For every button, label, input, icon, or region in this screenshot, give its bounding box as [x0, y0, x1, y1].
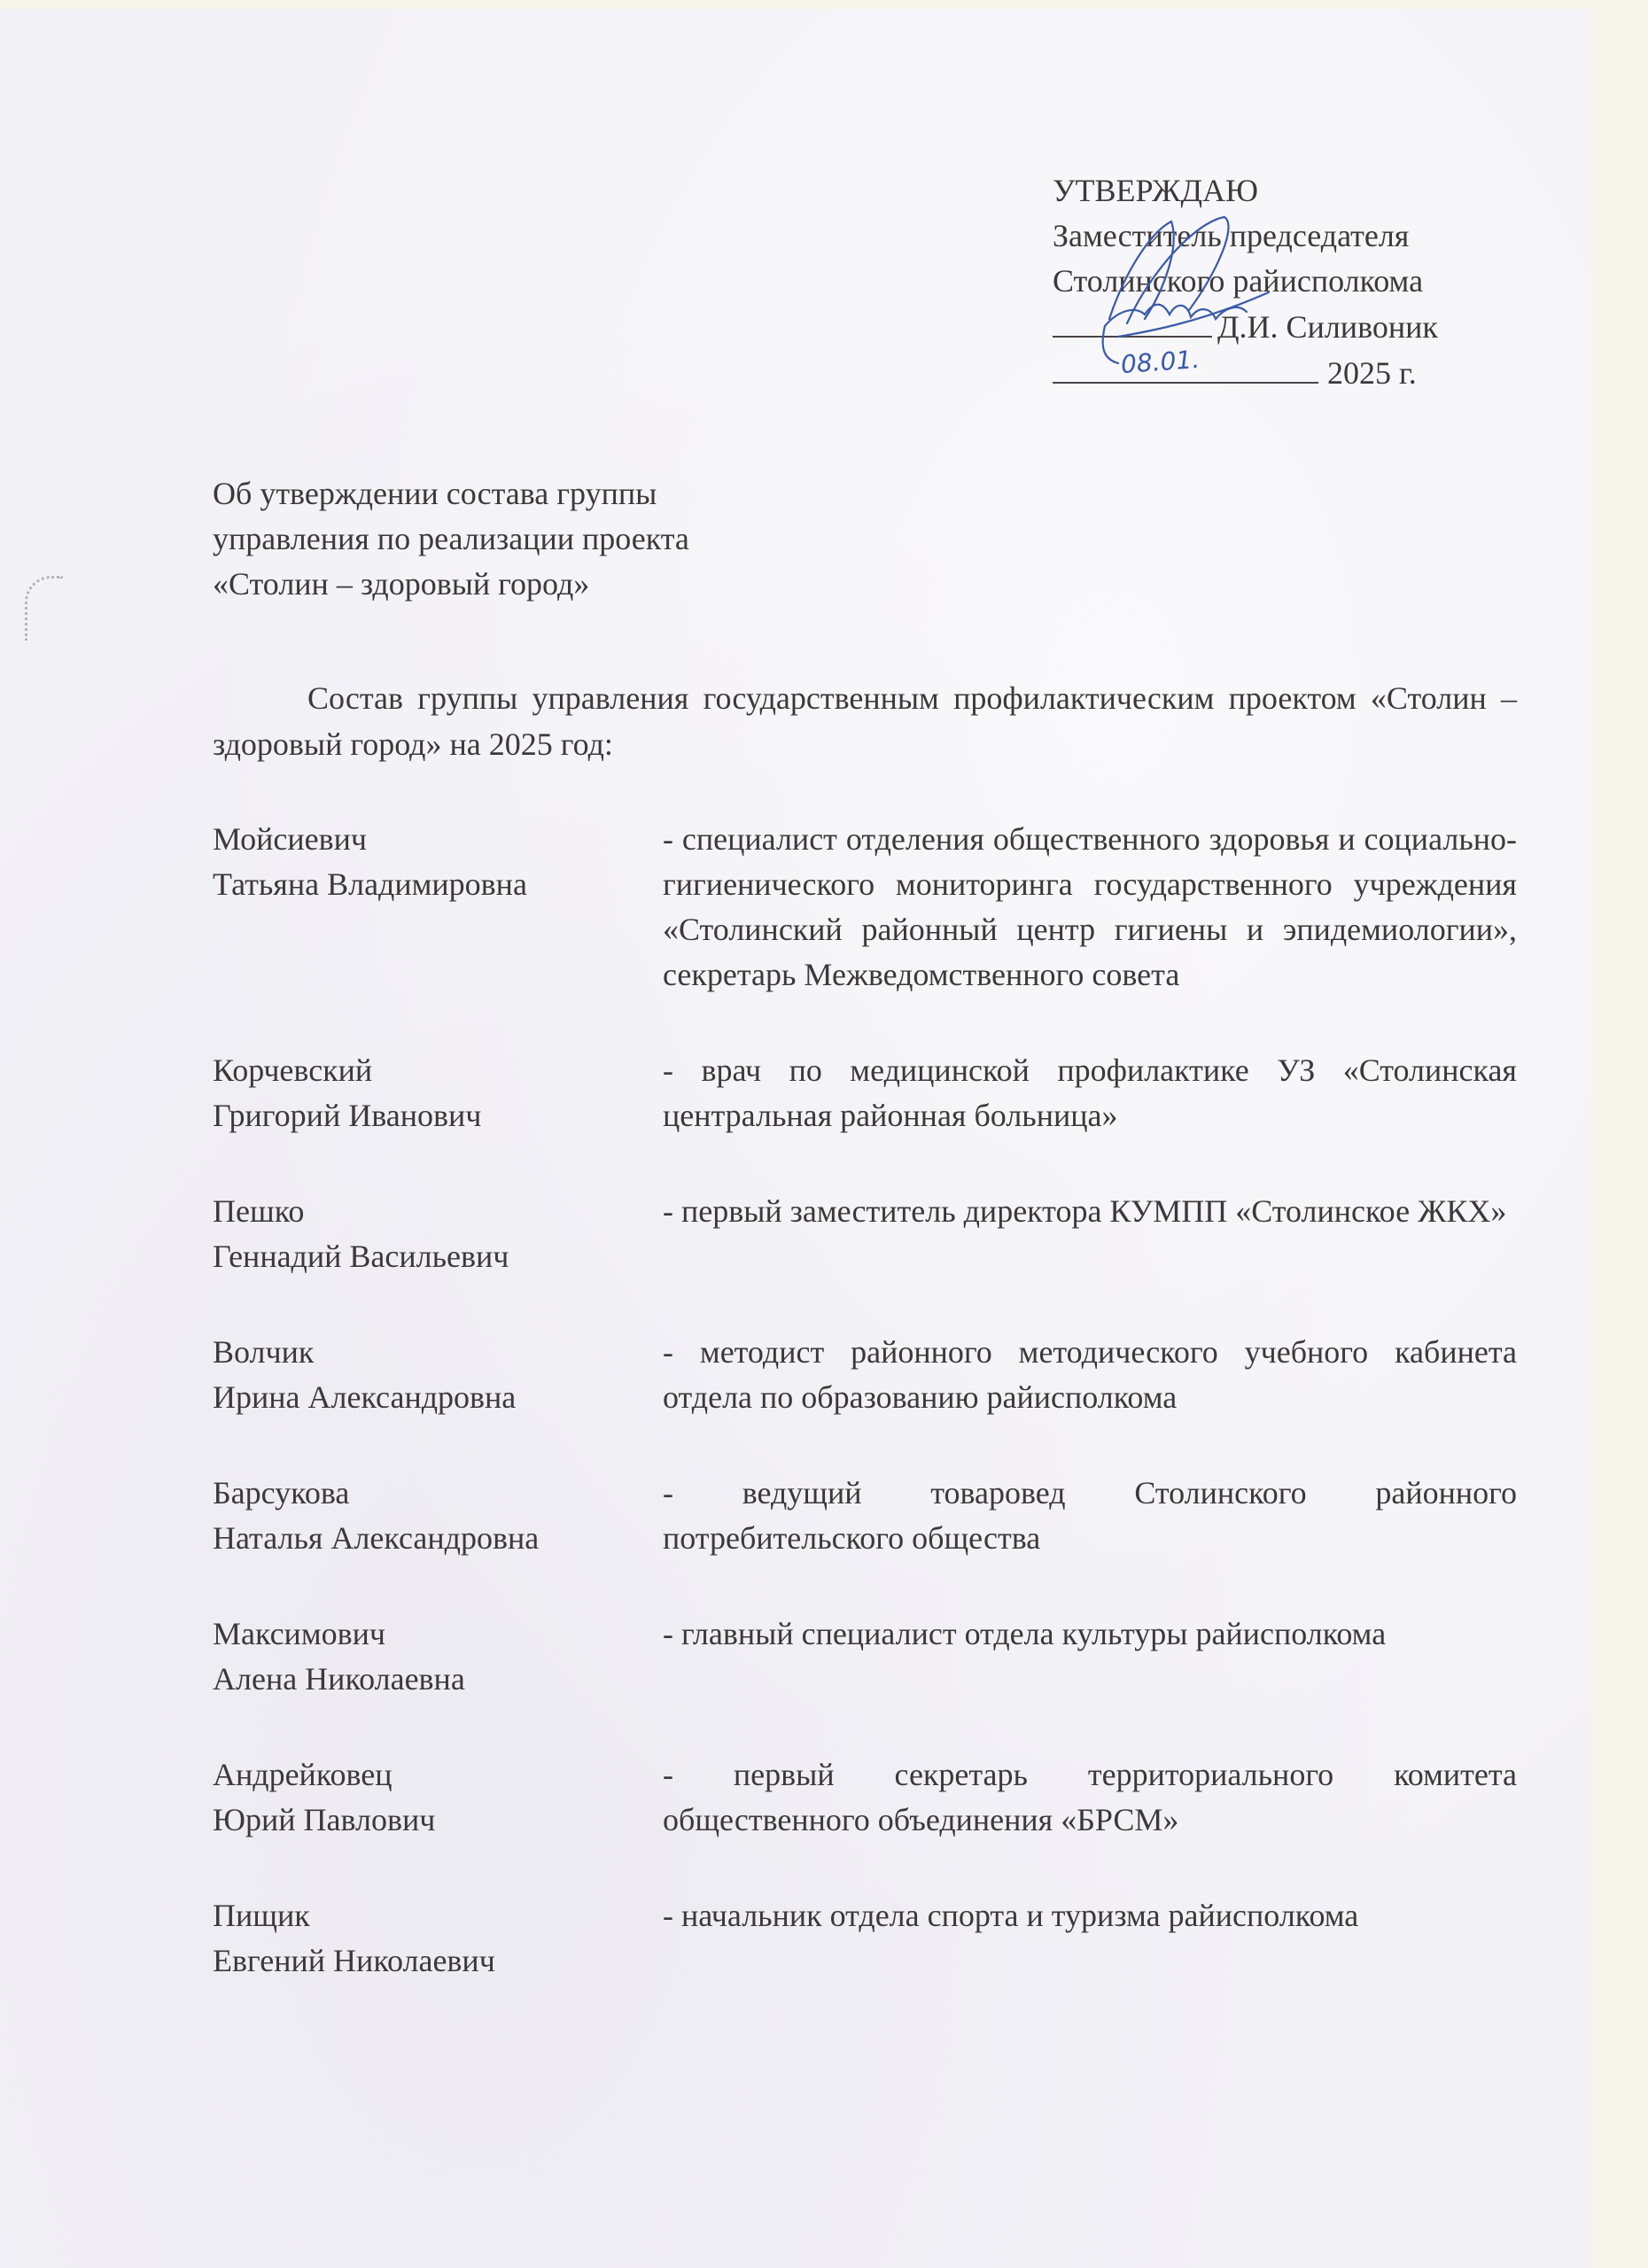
title-line1: Об утверждении состава группы [213, 471, 689, 517]
member-role: - ведущий товаровед Столинского районног… [663, 1471, 1517, 1561]
member-given-name: Юрий Павлович [213, 1798, 663, 1843]
member-role: - врач по медицинской профилактике УЗ «С… [663, 1048, 1517, 1138]
member-surname: Барсукова [213, 1471, 663, 1516]
signature-blank [1053, 304, 1212, 338]
margin-mark [25, 576, 63, 641]
approval-heading: УТВЕРЖДАЮ [1053, 168, 1513, 214]
intro-paragraph: Состав группы управления государственным… [213, 675, 1517, 767]
member-given-name: Алена Николаевна [213, 1657, 663, 1702]
document-title: Об утверждении состава группы управления… [213, 471, 689, 607]
member-surname: Мойсиевич [213, 817, 663, 862]
member-entry: Мойсиевич Татьяна Владимировна - специал… [213, 817, 1517, 998]
member-role: - начальник отдела спорта и туризма райи… [663, 1893, 1517, 1984]
member-name: Андрейковец Юрий Павлович [213, 1752, 663, 1843]
member-entry: Волчик Ирина Александровна - методист ра… [213, 1330, 1517, 1420]
member-given-name: Евгений Николаевич [213, 1938, 663, 1984]
member-given-name: Геннадий Васильевич [213, 1234, 663, 1279]
member-name: Пешко Геннадий Васильевич [213, 1189, 663, 1279]
member-surname: Корчевский [213, 1048, 663, 1093]
document-page: УТВЕРЖДАЮ Заместитель председателя Столи… [0, 9, 1592, 2268]
member-name: Корчевский Григорий Иванович [213, 1048, 663, 1138]
handwritten-date: 08.01. [1120, 345, 1201, 379]
member-entry: Пищик Евгений Николаевич - начальник отд… [213, 1893, 1517, 1984]
member-entry: Корчевский Григорий Иванович - врач по м… [213, 1048, 1517, 1138]
members-list: Мойсиевич Татьяна Владимировна - специал… [213, 817, 1517, 2034]
member-surname: Андрейковец [213, 1752, 663, 1798]
member-role: - методист районного методического учебн… [663, 1330, 1517, 1420]
signature-line: Д.И. Силивоник [1053, 304, 1513, 350]
member-given-name: Татьяна Владимировна [213, 862, 663, 907]
member-given-name: Григорий Иванович [213, 1093, 663, 1138]
member-entry: Максимович Алена Николаевна - главный сп… [213, 1612, 1517, 1702]
member-name: Мойсиевич Татьяна Владимировна [213, 817, 663, 998]
member-name: Барсукова Наталья Александровна [213, 1471, 663, 1561]
bleed-through-text [177, 173, 975, 403]
member-role: - специалист отделения общественного здо… [663, 817, 1517, 998]
member-role: - первый заместитель директора КУМПП «Ст… [663, 1189, 1517, 1279]
member-entry: Пешко Геннадий Васильевич - первый замес… [213, 1189, 1517, 1279]
member-name: Максимович Алена Николаевна [213, 1612, 663, 1702]
title-line2: управления по реализации проекта [213, 517, 689, 562]
member-entry: Барсукова Наталья Александровна - ведущи… [213, 1471, 1517, 1561]
member-name: Пищик Евгений Николаевич [213, 1893, 663, 1984]
member-given-name: Ирина Александровна [213, 1375, 663, 1420]
member-given-name: Наталья Александровна [213, 1516, 663, 1561]
approval-year: 2025 г. [1327, 355, 1417, 391]
member-surname: Пищик [213, 1893, 663, 1938]
member-surname: Волчик [213, 1330, 663, 1375]
member-entry: Андрейковец Юрий Павлович - первый секре… [213, 1752, 1517, 1843]
title-line3: «Столин – здоровый город» [213, 562, 689, 607]
member-surname: Максимович [213, 1612, 663, 1657]
member-role: - главный специалист отдела культуры рай… [663, 1612, 1517, 1702]
approval-position-line1: Заместитель председателя [1053, 214, 1513, 259]
approval-position-line2: Столинского райисполкома [1053, 259, 1513, 304]
member-name: Волчик Ирина Александровна [213, 1330, 663, 1420]
signatory-name: Д.И. Силивоник [1217, 309, 1438, 345]
member-role: - первый секретарь территориального коми… [663, 1752, 1517, 1843]
member-surname: Пешко [213, 1189, 663, 1234]
